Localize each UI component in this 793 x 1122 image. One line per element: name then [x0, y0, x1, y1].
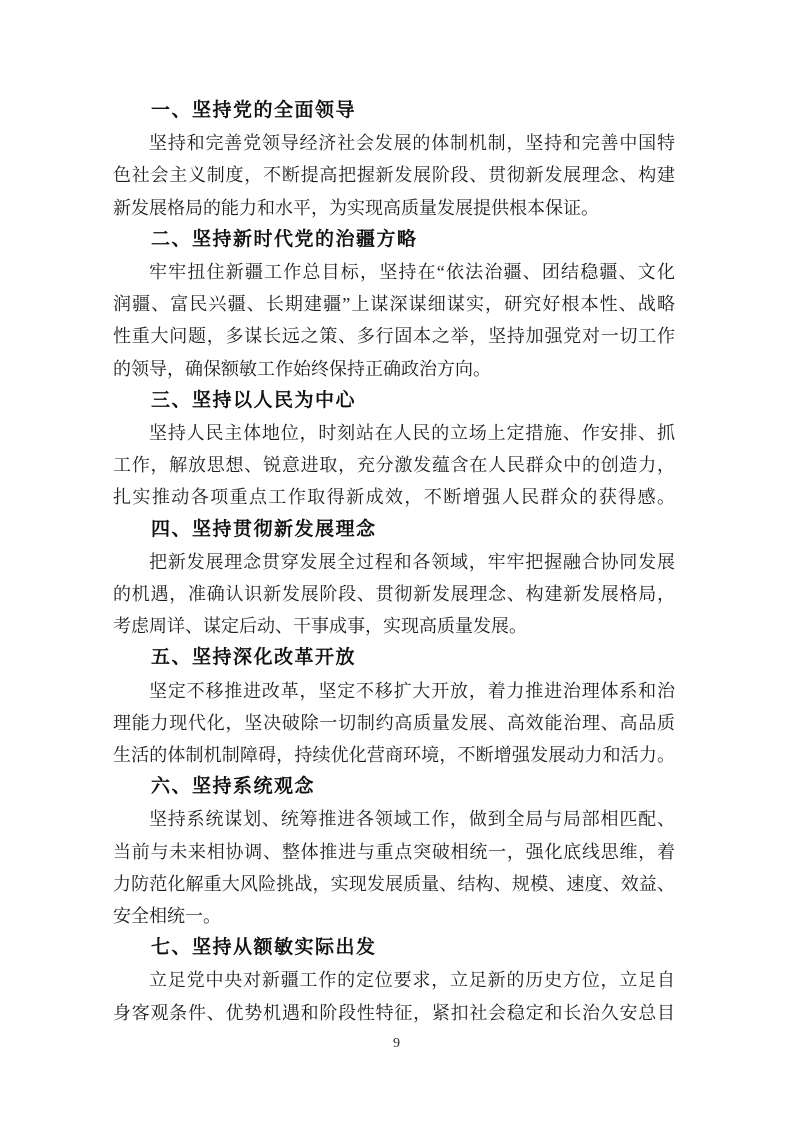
section-6: 六、坚持系统观念 坚持系统谋划、统筹推进各领域工作，做到全局与局部相匹配、 当前…: [113, 771, 675, 932]
body-line: 理能力现代化，坚决破除一切制约高质量发展、高效能治理、高品质: [113, 707, 675, 739]
body-line: 坚持和完善党领导经济社会发展的体制机制，坚持和完善中国特: [113, 127, 675, 159]
body-line: 考虑周详、谋定后动、干事成事，实现高质量发展。: [113, 610, 675, 642]
section-1: 一、坚持党的全面领导 坚持和完善党领导经济社会发展的体制机制，坚持和完善中国特 …: [113, 95, 675, 224]
body-line: 性重大问题，多谋长远之策、多行固本之举，坚持加强党对一切工作: [113, 320, 675, 352]
section-heading: 二、坚持新时代党的治疆方略: [113, 224, 675, 256]
body-line: 的领导，确保额敏工作始终保持正确政治方向。: [113, 353, 675, 385]
body-line: 工作，解放思想、锐意进取，充分激发蕴含在人民群众中的创造力，: [113, 449, 675, 481]
body-line: 坚持系统谋划、统筹推进各领域工作，做到全局与局部相匹配、: [113, 803, 675, 835]
body-line: 的机遇，准确认识新发展阶段、贯彻新发展理念、构建新发展格局，: [113, 578, 675, 610]
section-3: 三、坚持以人民为中心 坚持人民主体地位，时刻站在人民的立场上定措施、作安排、抓 …: [113, 385, 675, 514]
document-body: 一、坚持党的全面领导 坚持和完善党领导经济社会发展的体制机制，坚持和完善中国特 …: [113, 95, 675, 1029]
body-line: 安全相统一。: [113, 900, 675, 932]
section-2: 二、坚持新时代党的治疆方略 牢牢扭住新疆工作总目标，坚持在“依法治疆、团结稳疆、…: [113, 224, 675, 385]
section-heading: 一、坚持党的全面领导: [113, 95, 675, 127]
body-line: 色社会主义制度，不断提高把握新发展阶段、贯彻新发展理念、构建: [113, 159, 675, 191]
section-heading: 四、坚持贯彻新发展理念: [113, 514, 675, 546]
body-line: 身客观条件、优势机遇和阶段性特征，紧扣社会稳定和长治久安总目: [113, 997, 675, 1029]
section-5: 五、坚持深化改革开放 坚定不移推进改革，坚定不移扩大开放，着力推进治理体系和治 …: [113, 642, 675, 771]
section-7: 七、坚持从额敏实际出发 立足党中央对新疆工作的定位要求，立足新的历史方位，立足自…: [113, 932, 675, 1029]
section-4: 四、坚持贯彻新发展理念 把新发展理念贯穿发展全过程和各领域，牢牢把握融合协同发展…: [113, 514, 675, 643]
page-number: 9: [0, 1036, 793, 1052]
body-line: 把新发展理念贯穿发展全过程和各领域，牢牢把握融合协同发展: [113, 546, 675, 578]
section-heading: 五、坚持深化改革开放: [113, 642, 675, 674]
section-heading: 七、坚持从额敏实际出发: [113, 932, 675, 964]
body-line: 力防范化解重大风险挑战，实现发展质量、结构、规模、速度、效益、: [113, 868, 675, 900]
section-heading: 三、坚持以人民为中心: [113, 385, 675, 417]
section-heading: 六、坚持系统观念: [113, 771, 675, 803]
body-line: 扎实推动各项重点工作取得新成效，不断增强人民群众的获得感。: [113, 481, 675, 513]
body-line: 坚定不移推进改革，坚定不移扩大开放，着力推进治理体系和治: [113, 675, 675, 707]
body-line: 坚持人民主体地位，时刻站在人民的立场上定措施、作安排、抓: [113, 417, 675, 449]
body-line: 牢牢扭住新疆工作总目标，坚持在“依法治疆、团结稳疆、文化: [113, 256, 675, 288]
body-line: 润疆、富民兴疆、长期建疆”上谋深谋细谋实，研究好根本性、战略: [113, 288, 675, 320]
document-page: 一、坚持党的全面领导 坚持和完善党领导经济社会发展的体制机制，坚持和完善中国特 …: [0, 0, 793, 1122]
body-line: 生活的体制机制障碍，持续优化营商环境，不断增强发展动力和活力。: [113, 739, 675, 771]
body-line: 立足党中央对新疆工作的定位要求，立足新的历史方位，立足自: [113, 964, 675, 996]
body-line: 新发展格局的能力和水平，为实现高质量发展提供根本保证。: [113, 192, 675, 224]
body-line: 当前与未来相协调、整体推进与重点突破相统一，强化底线思维，着: [113, 836, 675, 868]
